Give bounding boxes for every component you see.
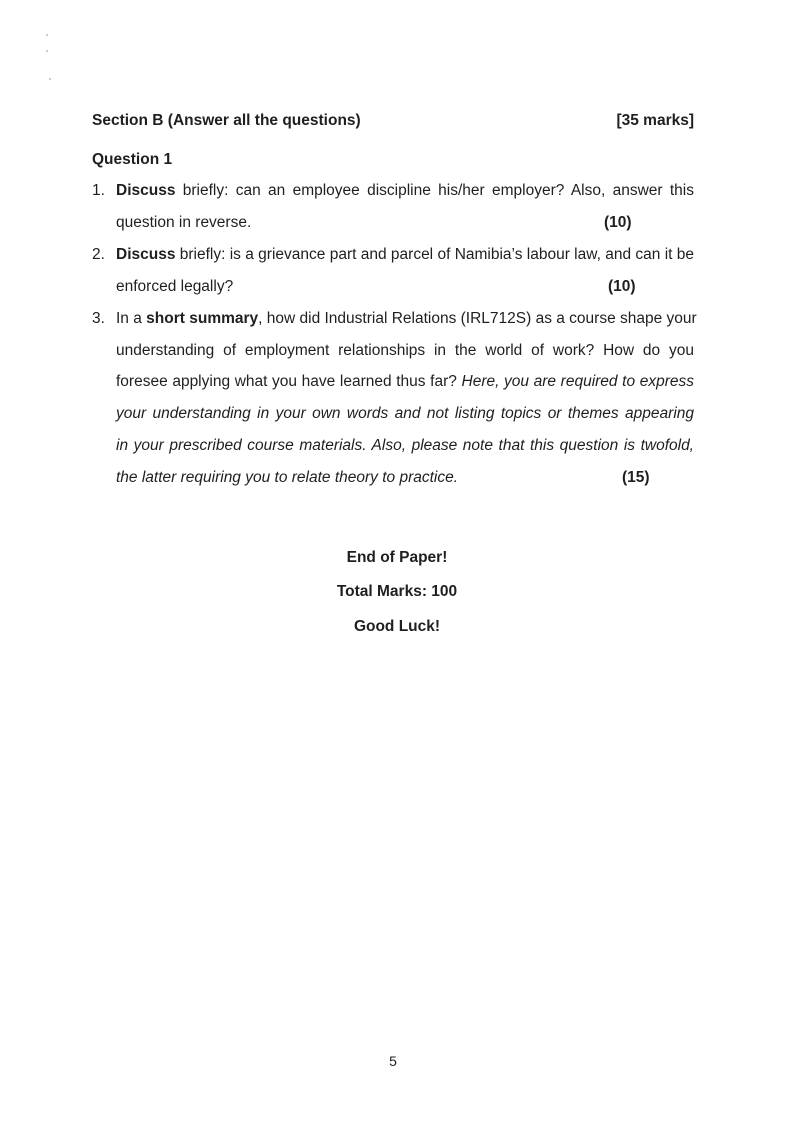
question-text: foresee applying what you have learned t… xyxy=(116,373,462,390)
question-marks: (15) xyxy=(622,468,650,488)
question-number: 1. xyxy=(92,181,105,201)
question-text: briefly: is a grievance part and parcel … xyxy=(175,246,694,263)
question-line: foresee applying what you have learned t… xyxy=(116,372,694,392)
exam-page: Section B (Answer all the questions) [35… xyxy=(0,0,794,1122)
question-text: briefly: can an employee discipline his/… xyxy=(175,182,694,199)
question-line: your understanding in your own words and… xyxy=(116,404,694,424)
question-line: Discuss briefly: can an employee discipl… xyxy=(116,181,694,201)
question-instruction: your understanding in your own words and… xyxy=(116,405,694,422)
question-line: understanding of employment relationship… xyxy=(116,341,694,361)
section-marks: [35 marks] xyxy=(616,111,694,131)
question-text: , how did Industrial Relations (IRL712S)… xyxy=(258,310,697,327)
question-line: the latter requiring you to relate theor… xyxy=(116,468,694,488)
question-text: understanding of employment relationship… xyxy=(116,342,694,359)
total-marks: Total Marks: 100 xyxy=(0,582,794,602)
scan-speck xyxy=(49,78,51,80)
question-instruction: the latter requiring you to relate theor… xyxy=(116,469,458,486)
question-text: question in reverse. xyxy=(116,214,251,231)
section-title: Section B (Answer all the questions) xyxy=(92,112,361,129)
question-heading: Question 1 xyxy=(92,150,694,170)
question-instruction: in your prescribed course materials. Als… xyxy=(116,437,694,454)
scan-speck xyxy=(46,34,48,36)
question-keyword: Discuss xyxy=(116,246,175,263)
question-keyword: Discuss xyxy=(116,182,175,199)
question-instruction: Here, you are required to express xyxy=(462,373,695,390)
end-of-paper: End of Paper! xyxy=(0,548,794,568)
question-marks: (10) xyxy=(604,213,632,233)
question-marks: (10) xyxy=(608,277,636,297)
question-keyword: short summary xyxy=(146,310,258,327)
question-line: in your prescribed course materials. Als… xyxy=(116,436,694,456)
question-text: enforced legally? xyxy=(116,278,233,295)
scan-speck xyxy=(46,50,48,52)
page-number: 5 xyxy=(0,1053,786,1069)
question-number: 2. xyxy=(92,245,105,265)
section-header: Section B (Answer all the questions) [35… xyxy=(92,111,694,131)
question-number: 3. xyxy=(92,309,105,329)
question-line: Discuss briefly: is a grievance part and… xyxy=(116,245,694,265)
question-text: In a xyxy=(116,310,146,327)
good-luck: Good Luck! xyxy=(0,617,794,637)
question-line: In a short summary, how did Industrial R… xyxy=(116,309,694,329)
